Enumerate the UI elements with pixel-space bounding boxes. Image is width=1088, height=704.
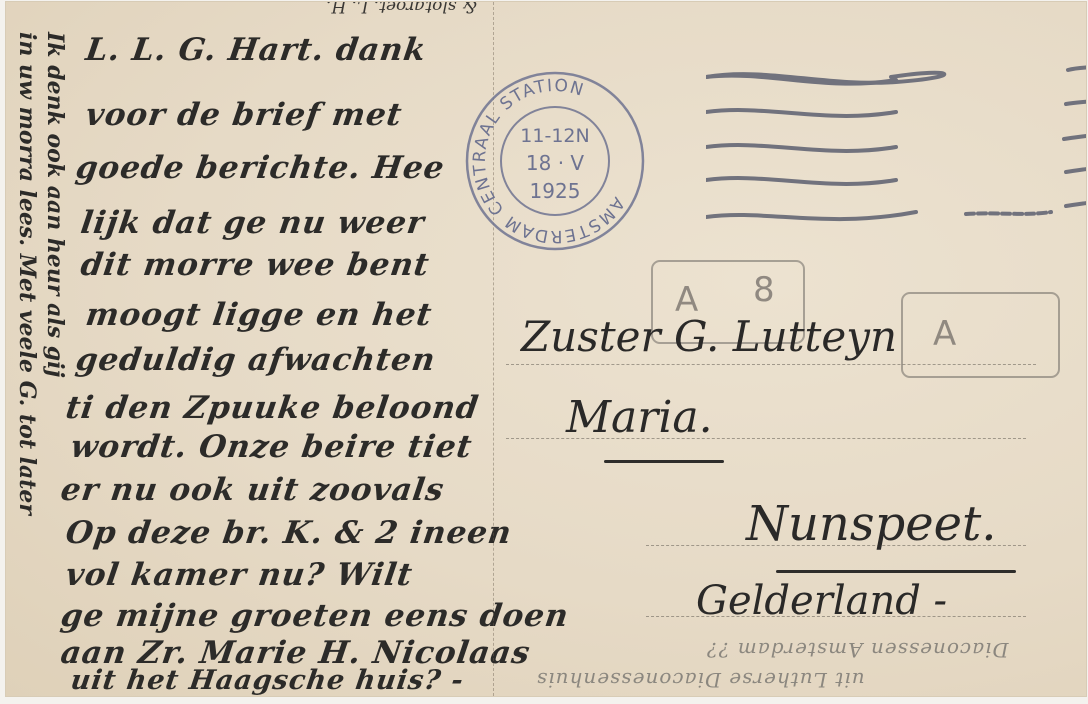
postmark-year: 1925 bbox=[530, 179, 581, 203]
pencil-note-line1: Diaconessen Amsterdam ?? bbox=[706, 638, 1009, 662]
address-province: Gelderland - bbox=[696, 578, 947, 624]
message-line: goede berichte. Hee bbox=[73, 150, 447, 186]
message-line: wordt. Onze beire tiet bbox=[68, 429, 474, 465]
postmark-time: 11-12N bbox=[520, 125, 589, 147]
upside-down-closing-text: & slotgroet. L. H. bbox=[326, 2, 477, 16]
address-city: Nunspeet. bbox=[746, 496, 997, 552]
message-line: vol kamer nu? Wilt bbox=[63, 557, 415, 593]
message-line: uit het Haagsche huis? - bbox=[69, 665, 466, 696]
message-line: L. L. G. Hart. dank bbox=[83, 32, 428, 68]
message-line: dit morre wee bent bbox=[78, 247, 431, 283]
message-line: moogt ligge en het bbox=[83, 297, 434, 333]
message-line: voor de brief met bbox=[83, 97, 404, 133]
message-line: Op deze br. K. & 2 ineen bbox=[63, 515, 514, 551]
message-line: ti den Zpuuke beloond bbox=[63, 390, 481, 426]
address-recipient: Zuster G. Lutteyn bbox=[521, 312, 897, 361]
address-line-guide bbox=[506, 364, 1036, 365]
cancellation-wavy-lines bbox=[706, 62, 1086, 232]
city-underline bbox=[776, 570, 1016, 573]
message-line: lijk dat ge nu weer bbox=[78, 205, 427, 241]
margin-note-1: Ik denk ook aan heur als gij bbox=[42, 32, 68, 377]
address-underline bbox=[604, 460, 724, 463]
margin-note-2: in uw morra lees. Met veele G. tot later bbox=[14, 32, 40, 515]
postmark-stamp: AMSTERDAM CENTRAAL STATION 11-12N 18 · V… bbox=[464, 70, 646, 252]
message-line: ge mijne groeten eens doen bbox=[58, 598, 571, 634]
registration-mark-a: A bbox=[901, 292, 1060, 378]
message-line: er nu ook uit zoovals bbox=[58, 472, 446, 508]
postcard: & slotgroet. L. H. Ik denk ook aan heur … bbox=[6, 2, 1086, 696]
postmark-date: 18 · V bbox=[526, 151, 585, 175]
message-line: geduldig afwachten bbox=[73, 342, 438, 378]
address-name: Maria. bbox=[566, 392, 713, 443]
pencil-note-line2: uit Lutherse Diaconessenhuis bbox=[536, 668, 865, 692]
